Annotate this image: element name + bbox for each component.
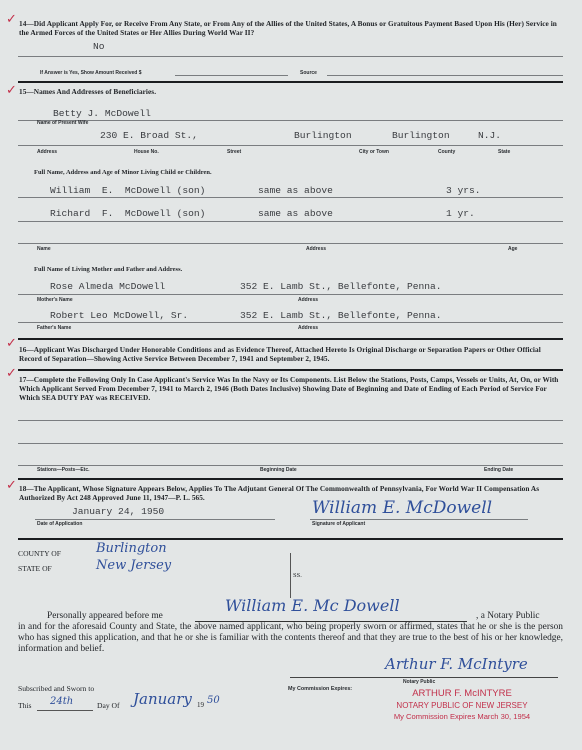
address-street: 230 E. Broad St., <box>100 130 198 141</box>
ss-label: SS. <box>293 572 302 579</box>
check-mark-icon: ✓ <box>6 366 17 381</box>
county-label: COUNTY OF <box>18 549 61 558</box>
check-mark-icon: ✓ <box>6 83 17 98</box>
application-date: January 24, 1950 <box>72 506 164 517</box>
children-heading: Full Name, Address and Age of Minor Livi… <box>34 168 212 177</box>
address-county: Burlington <box>392 130 450 141</box>
child-age: 1 yr. <box>446 208 475 219</box>
notary-signature: Arthur F. McIntyre <box>385 655 528 673</box>
wife-name: Betty J. McDowell <box>53 108 151 119</box>
notary-stamp: ARTHUR F. McINTYRE NOTARY PUBLIC OF NEW … <box>382 688 542 722</box>
state-value: New Jersey <box>96 558 171 573</box>
wife-label: Name of Present Wife <box>37 120 88 126</box>
day-of-label: Day Of <box>97 701 120 710</box>
mother-address-label: Address <box>298 297 318 303</box>
q14-answer: No <box>93 41 105 52</box>
amount-label: If Answer is Yes, Show Amount Received $ <box>40 70 142 76</box>
beginning-date-label: Beginning Date <box>260 467 297 473</box>
child-address: same as above <box>258 208 333 219</box>
child-name-label: Name <box>37 246 51 252</box>
signature-label: Signature of Applicant <box>312 521 365 527</box>
father-name: Robert Leo McDowell, Sr. <box>50 310 188 321</box>
state-label: STATE OF <box>18 564 52 573</box>
address-state: N.J. <box>478 130 501 141</box>
date-label: Date of Application <box>37 521 82 527</box>
appeared-name: William E. Mc Dowell <box>225 596 400 615</box>
notary-body: in and for the aforesaid County and Stat… <box>18 622 563 656</box>
month-value: January <box>133 690 192 708</box>
this-label: This <box>18 701 32 710</box>
child-address-label: Address <box>306 246 326 252</box>
notary-public-label: Notary Public <box>403 679 435 685</box>
applicant-signature: William E. McDowell <box>312 498 492 518</box>
commission-label: My Commission Expires: <box>288 686 352 692</box>
question-17: 17—Complete the Following Only In Case A… <box>19 375 564 403</box>
house-label: House No. <box>134 149 159 155</box>
mother-address: 352 E. Lamb St., Bellefonte, Penna. <box>240 281 442 292</box>
check-mark-icon: ✓ <box>6 478 17 493</box>
ss-bracket <box>290 553 291 598</box>
state-label: State <box>498 149 510 155</box>
check-mark-icon: ✓ <box>6 336 17 351</box>
source-label: Source <box>300 70 317 76</box>
parents-heading: Full Name of Living Mother and Father an… <box>34 265 182 274</box>
county-value: Burlington <box>96 541 167 556</box>
address-label: Address <box>37 149 57 155</box>
child-age-label: Age <box>508 246 517 252</box>
question-16: 16—Applicant Was Discharged Under Honora… <box>19 345 564 363</box>
child-address: same as above <box>258 185 333 196</box>
father-label: Father's Name <box>37 325 71 331</box>
mother-name: Rose Almeda McDowell <box>50 281 165 292</box>
check-mark-icon: ✓ <box>6 12 17 27</box>
address-city: Burlington <box>294 130 352 141</box>
county-label: County <box>438 149 455 155</box>
father-address-label: Address <box>298 325 318 331</box>
street-label: Street <box>227 149 241 155</box>
question-15: 15—Names And Addresses of Beneficiaries. <box>19 87 156 96</box>
father-address: 352 E. Lamb St., Bellefonte, Penna. <box>240 310 442 321</box>
subscribed-label: Subscribed and Sworn to <box>18 684 94 693</box>
appeared-prefix: Personally appeared before me <box>47 611 163 622</box>
stations-label: Stations—Posts—Etc. <box>37 467 90 473</box>
year-value: 50 <box>207 695 220 706</box>
day-value: 24th <box>50 696 73 707</box>
child-name: Richard F. McDowell (son) <box>50 208 205 219</box>
appeared-suffix: , a Notary Public <box>476 611 540 622</box>
ending-date-label: Ending Date <box>484 467 513 473</box>
child-age: 3 yrs. <box>446 185 481 196</box>
question-14: 14—Did Applicant Apply For, or Receive F… <box>19 19 564 37</box>
city-label: City or Town <box>359 149 389 155</box>
mother-label: Mother's Name <box>37 297 73 303</box>
child-name: William E. McDowell (son) <box>50 185 205 196</box>
year-prefix: 19 <box>197 701 204 709</box>
